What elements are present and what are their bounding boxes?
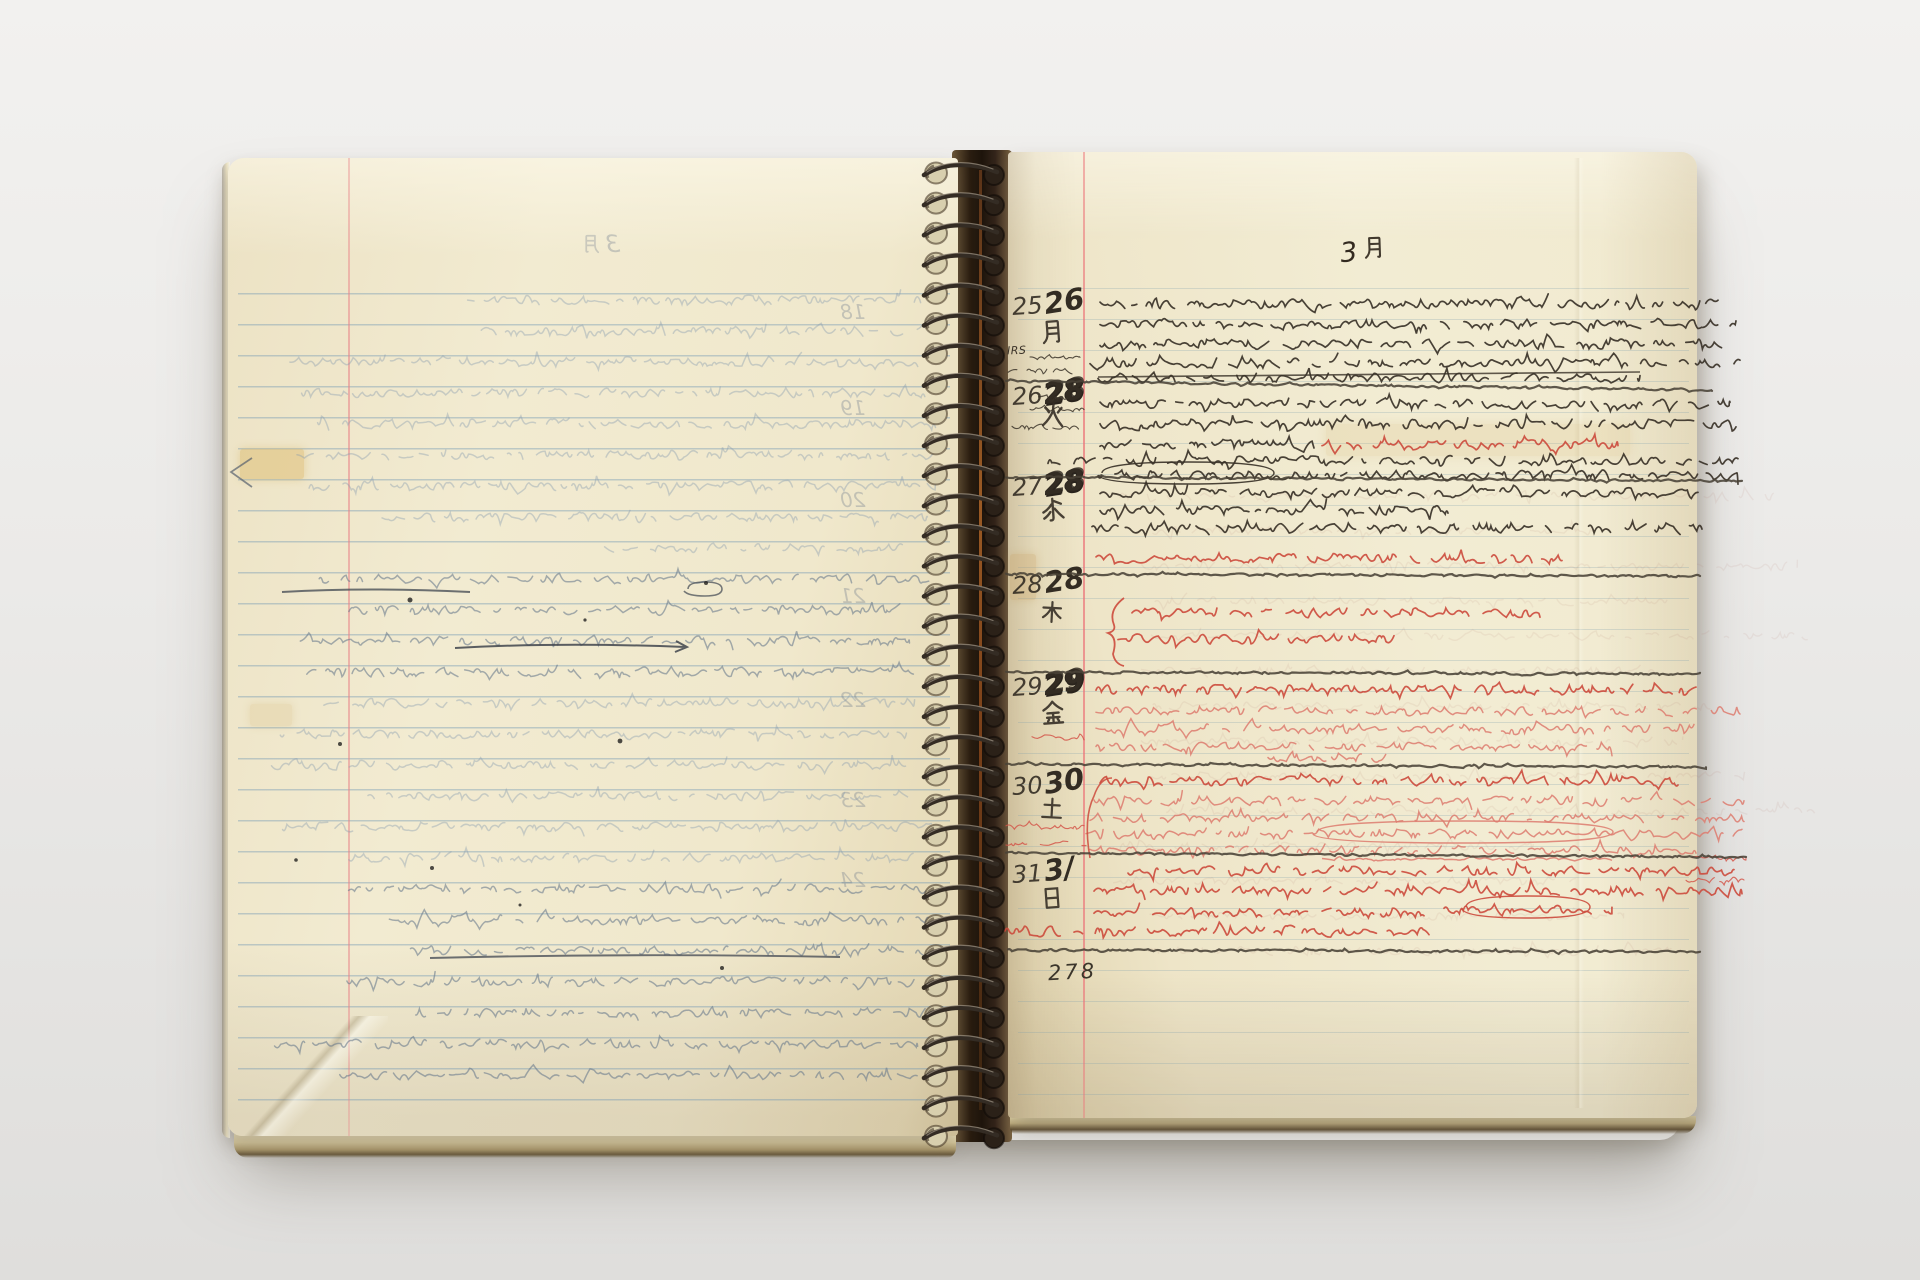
entry-date-overwrite: 28 — [1042, 563, 1086, 598]
right-page-month-header: 3 — [1338, 232, 1384, 269]
left-page: 3 18192021222324 — [228, 158, 958, 1136]
page-corner-crease — [228, 1016, 388, 1136]
month-number: 3 — [1339, 237, 1359, 270]
right-page — [1008, 152, 1697, 1118]
bleed-margin-date: 24 — [840, 868, 865, 892]
kanji-glyph — [1037, 494, 1069, 526]
left-page-stack-edges — [234, 1134, 956, 1158]
page-number: 278 — [1047, 959, 1097, 986]
bleed-margin-date: 19 — [840, 396, 865, 420]
kanji-glyph — [1037, 697, 1069, 729]
spiral-notebook: 3 18192021222324 3 IRS 25262628272828282… — [0, 0, 1920, 1280]
entry-day-kanji — [1038, 495, 1068, 525]
kanji-glyph — [580, 233, 602, 255]
entry-day-kanji — [1038, 698, 1068, 728]
entry-date: 29 — [1011, 674, 1043, 700]
kanji-glyph — [1037, 597, 1066, 626]
bleed-margin-date: 23 — [840, 788, 865, 812]
spiral-gutter — [952, 150, 1012, 1142]
right-page-vertical-crease — [1574, 158, 1584, 1108]
entry-day-kanji — [1038, 400, 1068, 430]
photo-background: 3 18192021222324 3 IRS 25262628272828282… — [0, 0, 1920, 1280]
bleed-margin-date: 22 — [840, 688, 865, 712]
kanji-glyph — [1037, 793, 1066, 822]
entry-date: 28 — [1011, 572, 1043, 598]
kanji-glyph — [1037, 399, 1069, 431]
paper-stain — [250, 704, 292, 726]
entry-date-overwrite: 3/ — [1042, 853, 1077, 886]
entry-day-kanji — [1038, 598, 1066, 626]
entry-date-overwrite: 29 — [1042, 665, 1086, 700]
kanji-glyph — [1037, 317, 1067, 347]
tape-stain — [240, 449, 304, 479]
header-bleed-text: 3 — [605, 230, 620, 258]
left-page-margin-line — [348, 158, 350, 1136]
bleed-margin-date: 21 — [840, 584, 865, 608]
month-kanji — [1360, 233, 1389, 262]
left-page-header-bleed: 3 — [580, 230, 620, 258]
kanji-glyph — [1361, 234, 1388, 261]
entry-day-kanji — [1038, 884, 1066, 912]
entry-25-margin-note: IRS — [1007, 344, 1027, 358]
entry-day-kanji — [1038, 794, 1066, 822]
entry-date-overwrite: 26 — [1042, 284, 1086, 319]
bleed-margin-date: 20 — [840, 488, 865, 512]
entry-day-kanji — [1038, 318, 1066, 346]
right-page-stack-edges — [1010, 1116, 1696, 1134]
ink-halo-stain — [1326, 424, 1630, 456]
spiral-gutter-slit — [979, 170, 982, 1110]
kanji-glyph — [1037, 883, 1067, 913]
right-page-ruling — [1018, 288, 1689, 1102]
entry-date: 25 — [1011, 293, 1043, 319]
bleed-margin-date: 18 — [840, 300, 865, 324]
